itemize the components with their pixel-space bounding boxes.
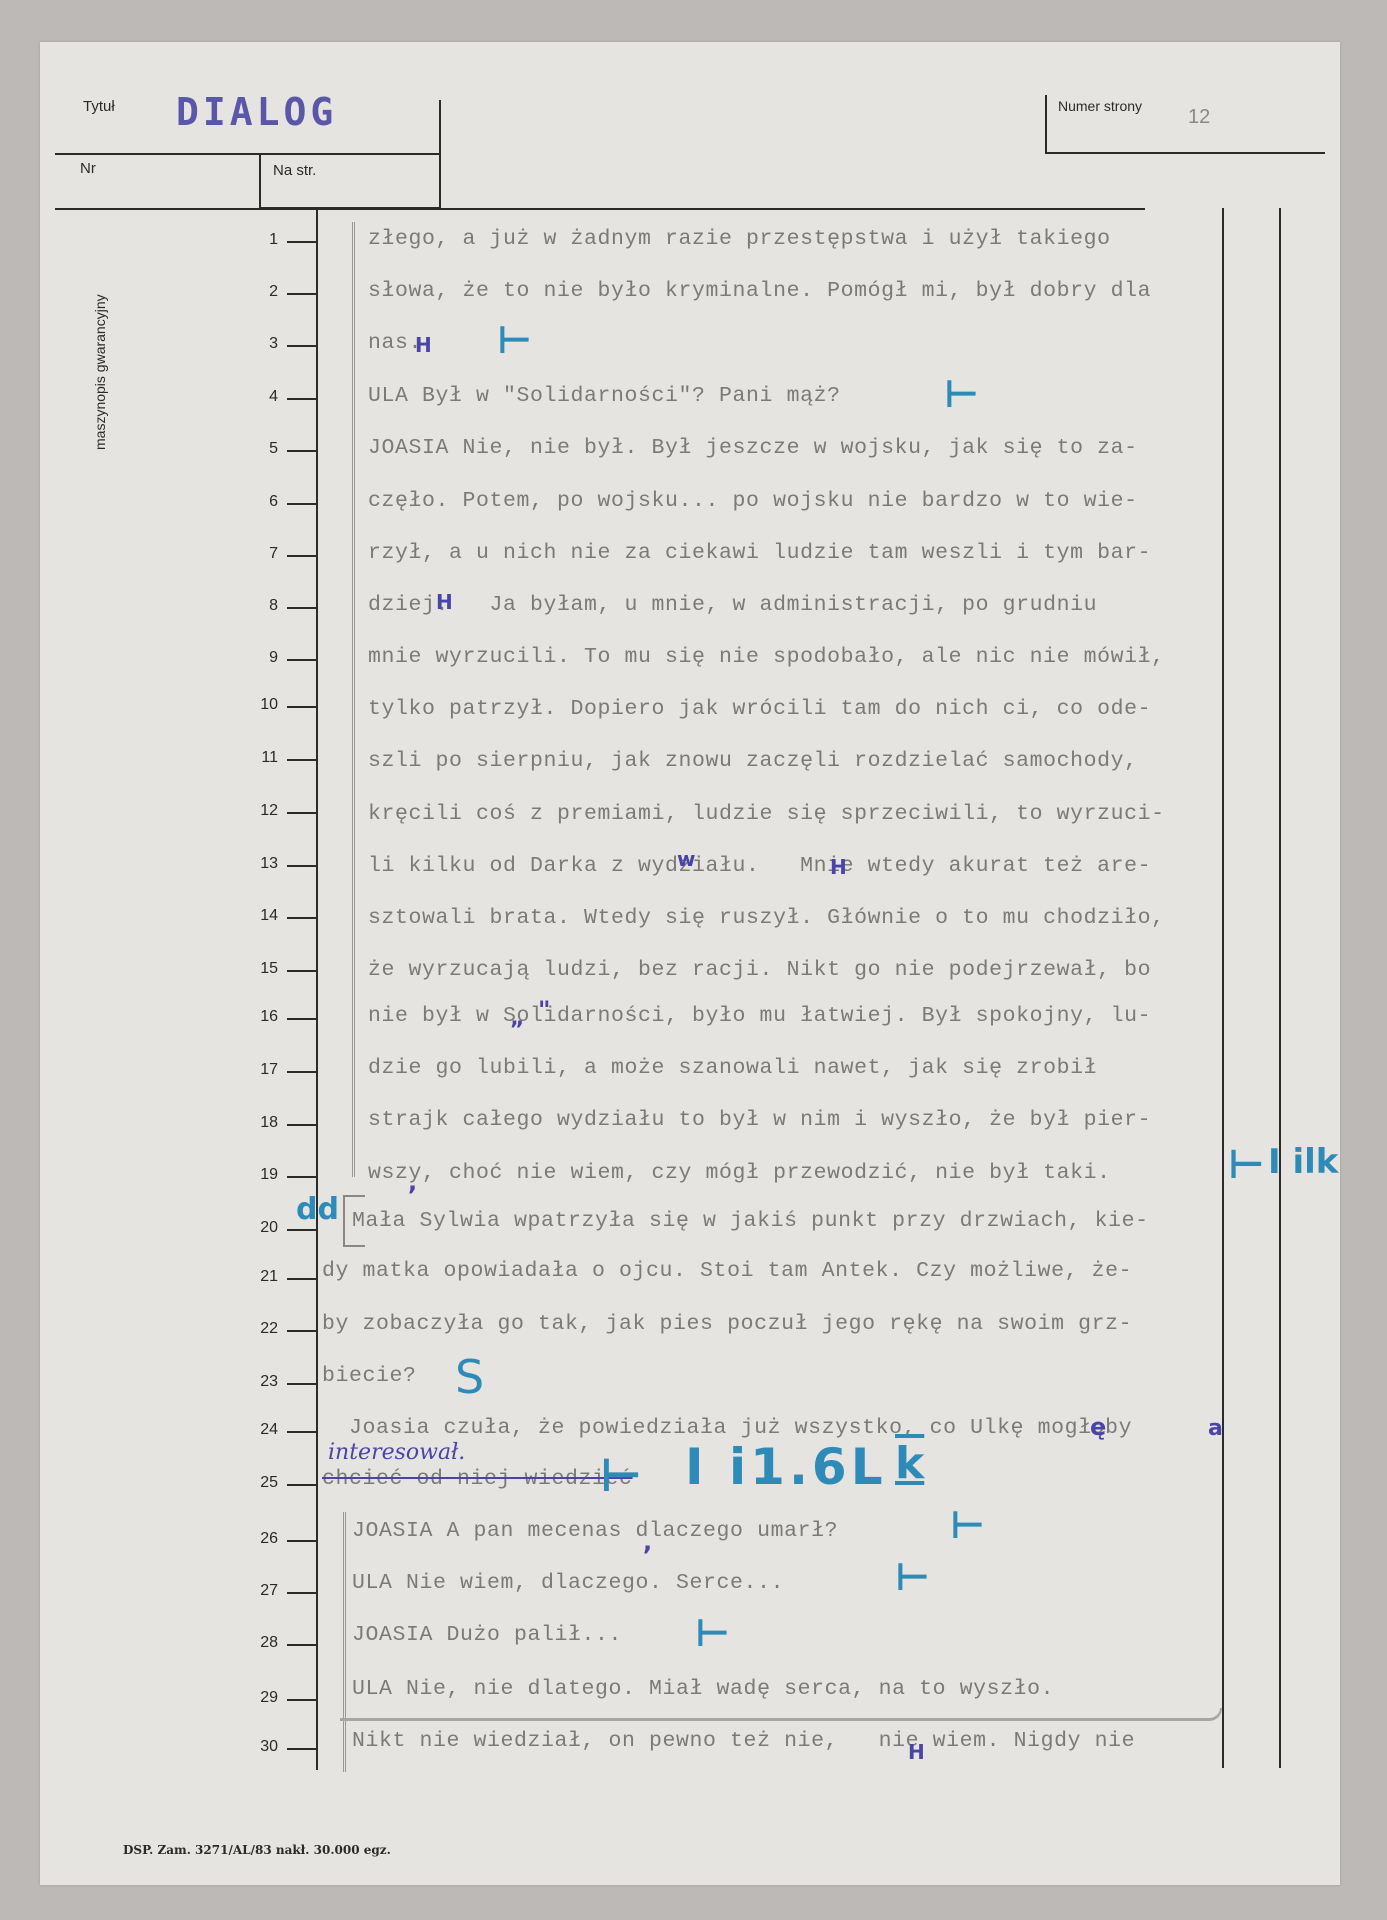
proof-mark-s: S bbox=[455, 1350, 484, 1404]
line-number: 24 bbox=[242, 1421, 278, 1439]
page-number: 12 bbox=[1188, 106, 1210, 129]
struck-text-line: chcieć od niej wiedzieć bbox=[322, 1467, 633, 1491]
line-number: 12 bbox=[242, 802, 278, 820]
form-top-line bbox=[55, 208, 1145, 210]
text-line: nie był w Solidarności, było mu łatwiej.… bbox=[368, 1004, 1151, 1028]
line-number: 16 bbox=[242, 1008, 278, 1026]
text-line: strajk całego wydziału to był w nim i wy… bbox=[368, 1108, 1151, 1132]
text-line: złego, a już w żadnym razie przestępstwa… bbox=[368, 227, 1111, 251]
paragraph-mark-icon: ⊢ bbox=[497, 318, 532, 362]
paragraph-mark-icon: ⊢ bbox=[695, 1611, 730, 1655]
ink-correction-a: a bbox=[1208, 1416, 1223, 1441]
text-line: tylko patrzył. Dopiero jak wrócili tam d… bbox=[368, 697, 1151, 721]
line-number: 2 bbox=[242, 283, 278, 301]
na-str-label: Na str. bbox=[273, 162, 316, 179]
line-number: 20 bbox=[242, 1219, 278, 1237]
ink-correction-w: w bbox=[677, 847, 695, 871]
pencil-bracket-bottom bbox=[343, 1512, 346, 1772]
ink-quote-open: „ bbox=[510, 1006, 524, 1031]
text-line: Mała Sylwia wpatrzyła się w jakiś punkt … bbox=[352, 1209, 1149, 1233]
line-number: 22 bbox=[242, 1320, 278, 1338]
proof-mark-dd: dd bbox=[296, 1192, 339, 1227]
line-number: 25 bbox=[242, 1474, 278, 1492]
line-number: 30 bbox=[242, 1738, 278, 1756]
line-number: 3 bbox=[242, 335, 278, 353]
text-line: rzył, a u nich nie za ciekawi ludzie tam… bbox=[368, 541, 1151, 565]
line-number: 27 bbox=[242, 1582, 278, 1600]
line-number: 17 bbox=[242, 1061, 278, 1079]
title-label: Tytuł bbox=[83, 98, 115, 115]
line-number: 13 bbox=[242, 855, 278, 873]
space-mark: H bbox=[830, 855, 847, 879]
proof-mark-line19: I ilk bbox=[1268, 1142, 1338, 1182]
print-footer: DSP. Zam. 3271/AL/83 nakł. 30.000 egz. bbox=[123, 1843, 391, 1857]
line-number: 6 bbox=[242, 493, 278, 511]
text-line: li kilku od Darka z wydziału. Mnie wtedy… bbox=[368, 854, 1151, 878]
paragraph-mark-icon: ⊢ bbox=[600, 1448, 642, 1502]
nr-divider bbox=[259, 153, 261, 210]
text-line: Joasia czuła, że powiedziała już wszystk… bbox=[322, 1416, 1132, 1440]
header-divider bbox=[55, 153, 441, 155]
text-line: częło. Potem, po wojsku... po wojsku nie… bbox=[368, 489, 1138, 513]
line-number: 28 bbox=[242, 1634, 278, 1652]
space-mark: H bbox=[415, 333, 432, 357]
right-margin-line bbox=[1222, 208, 1224, 1768]
header-right-border bbox=[439, 100, 441, 210]
line-number: 1 bbox=[242, 231, 278, 249]
text-line: szli po sierpniu, jak znowu zaczęli rozd… bbox=[368, 749, 1138, 773]
line-number: 21 bbox=[242, 1268, 278, 1286]
space-mark: H bbox=[436, 590, 453, 614]
ink-correction-e: ę bbox=[1090, 1413, 1106, 1441]
page-number-box-bottom bbox=[1045, 152, 1325, 154]
text-line: dziej. Ja byłam, u mnie, w administracji… bbox=[368, 593, 1097, 617]
text-line: JOASIA A pan mecenas dlaczego umarł? bbox=[352, 1519, 838, 1543]
ink-comma: , bbox=[408, 1168, 417, 1196]
text-line: ULA Nie, nie dlatego. Miał wadę serca, n… bbox=[352, 1677, 1054, 1701]
title-stamp: DIALOG bbox=[176, 90, 337, 134]
text-line: słowa, że to nie było kryminalne. Pomógł… bbox=[368, 279, 1151, 303]
line-number: 18 bbox=[242, 1114, 278, 1132]
text-line: biecie? bbox=[322, 1364, 417, 1388]
text-line: ULA Nie wiem, dlaczego. Serce... bbox=[352, 1571, 784, 1595]
text-line: ULA Był w "Solidarności"? Pani mąż? bbox=[368, 384, 841, 408]
text-line: mnie wyrzucili. To mu się nie spodobało,… bbox=[368, 645, 1165, 669]
text-line: dy matka opowiadała o ojcu. Stoi tam Ant… bbox=[322, 1259, 1132, 1283]
page-number-label: Numer strony bbox=[1058, 98, 1142, 114]
line-number: 23 bbox=[242, 1373, 278, 1391]
text-line: sztowali brata. Wtedy się ruszył. Główni… bbox=[368, 906, 1165, 930]
line-number: 19 bbox=[242, 1166, 278, 1184]
proof-mark-code: I i1.6L bbox=[685, 1438, 887, 1496]
paragraph-mark-icon: ⊢ bbox=[950, 1503, 985, 1547]
text-line: by zobaczyła go tak, jak pies poczuł jeg… bbox=[322, 1312, 1132, 1336]
line-number: 15 bbox=[242, 960, 278, 978]
page-number-box-left bbox=[1045, 95, 1047, 154]
pencil-underline bbox=[340, 1708, 1222, 1721]
nr-label: Nr bbox=[80, 160, 96, 177]
text-line: nas. bbox=[368, 331, 422, 355]
text-line: Nikt nie wiedział, on pewno też nie, nie… bbox=[352, 1729, 1135, 1753]
proof-mark-code-suffix: k bbox=[895, 1438, 924, 1489]
text-line: wszy, choć nie wiem, czy mógł przewodzić… bbox=[368, 1161, 1111, 1185]
left-margin-line bbox=[316, 208, 318, 1770]
text-line: JOASIA Nie, nie był. Był jeszcze w wojsk… bbox=[368, 436, 1138, 460]
ink-comma: , bbox=[643, 1528, 652, 1556]
line-number: 26 bbox=[242, 1530, 278, 1548]
ink-quote-close: " bbox=[538, 996, 551, 1024]
text-line: kręcili coś z premiami, ludzie się sprze… bbox=[368, 802, 1165, 826]
line-number: 4 bbox=[242, 388, 278, 406]
line-number: 5 bbox=[242, 440, 278, 458]
right-outer-line bbox=[1279, 208, 1281, 1768]
text-line: JOASIA Dużo palił... bbox=[352, 1623, 622, 1647]
line-number: 9 bbox=[242, 649, 278, 667]
line-number: 11 bbox=[242, 749, 278, 767]
text-line: że wyrzucają ludzi, bez racji. Nikt go n… bbox=[368, 958, 1151, 982]
paragraph-mark-icon: ⊢ bbox=[1228, 1142, 1265, 1188]
line-number: 29 bbox=[242, 1689, 278, 1707]
space-mark: H bbox=[908, 1740, 925, 1764]
handwritten-insert: interesował. bbox=[328, 1440, 465, 1465]
paragraph-mark-icon: ⊢ bbox=[895, 1555, 930, 1599]
line-number: 8 bbox=[242, 597, 278, 615]
paragraph-mark-icon: ⊢ bbox=[944, 372, 979, 416]
text-line: dzie go lubili, a może szanowali nawet, … bbox=[368, 1056, 1097, 1080]
pencil-bracket-top bbox=[352, 222, 355, 1177]
line-number: 14 bbox=[242, 907, 278, 925]
line-number: 10 bbox=[242, 696, 278, 714]
side-label: maszynopis gwarancyjny bbox=[92, 294, 108, 450]
line-number: 7 bbox=[242, 545, 278, 563]
